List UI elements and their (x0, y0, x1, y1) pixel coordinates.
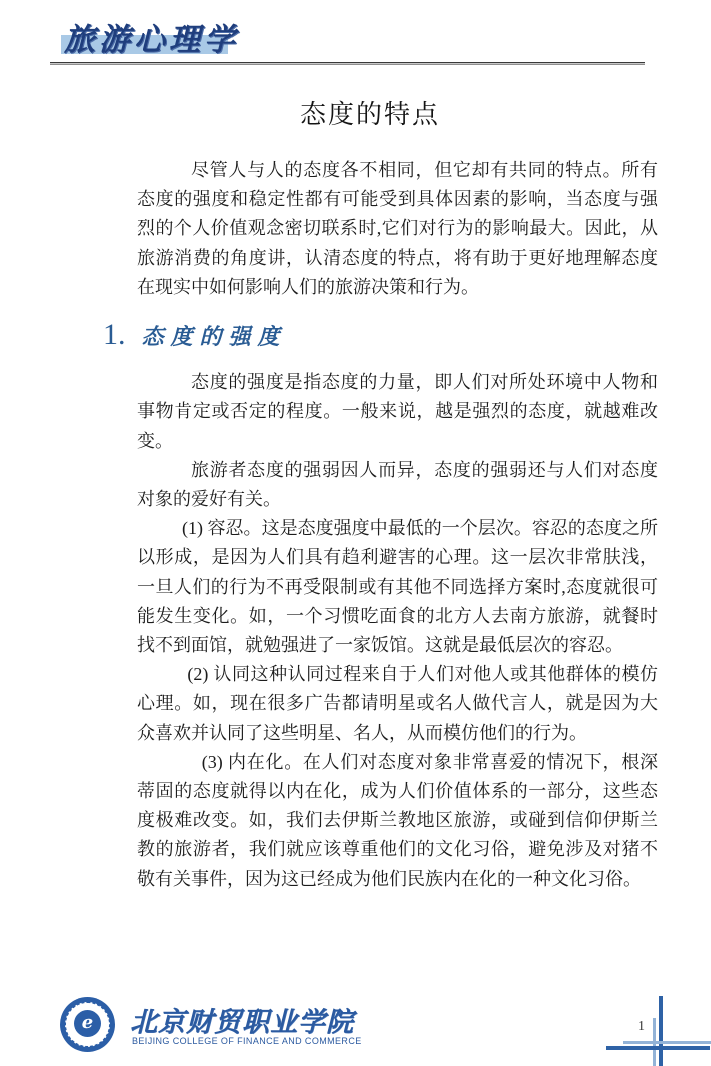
paragraph: (1) 容忍。这是态度强度中最低的一个层次。容忍的态度之所以形成，是因为人们具有… (137, 514, 658, 660)
section-number: 1. (103, 318, 126, 352)
paragraph: 旅游者态度的强弱因人而异，态度的强弱还与人们对态度对象的爱好有关。 (137, 456, 658, 514)
college-name-english: BEIJING COLLEGE OF FINANCE AND COMMERCE (132, 1036, 362, 1046)
emblem-core-glyph: e (74, 1010, 101, 1037)
corner-line-vertical-dark (659, 996, 663, 1066)
paragraph: (3) 内在化。在人们对态度对象非常喜爱的情况下，根深蒂固的态度就得以内在化，成… (137, 748, 658, 894)
corner-line-horizontal-dark (606, 1046, 710, 1050)
body-text: 尽管人与人的态度各不相同，但它却有共同的特点。所有态度的强度和稳定性都有可能受到… (137, 156, 658, 894)
section-title: 态度的强度 (142, 323, 287, 352)
college-emblem-icon: e (60, 997, 115, 1052)
page-title: 态度的特点 (80, 94, 660, 131)
corner-line-horizontal-light (623, 1041, 711, 1044)
paragraph: 态度的强度是指态度的力量，即人们对所处环境中人物和事物肯定或否定的程度。一般来说… (137, 368, 658, 456)
section-heading: 1. 态度的强度 (103, 318, 658, 352)
book-logo-text: 旅游心理学 (64, 14, 239, 59)
paragraph: (2) 认同这种认同过程来自于人们对他人或其他群体的模仿心理。如，现在很多广告都… (137, 660, 658, 748)
header-divider (50, 62, 645, 65)
college-name-chinese: 北京财贸职业学院 (130, 1000, 354, 1039)
page-number: 1 (638, 1019, 645, 1035)
intro-paragraph: 尽管人与人的态度各不相同，但它却有共同的特点。所有态度的强度和稳定性都有可能受到… (137, 156, 658, 302)
document-page: 旅游心理学 态度的特点 尽管人与人的态度各不相同，但它却有共同的特点。所有态度的… (0, 0, 711, 1066)
